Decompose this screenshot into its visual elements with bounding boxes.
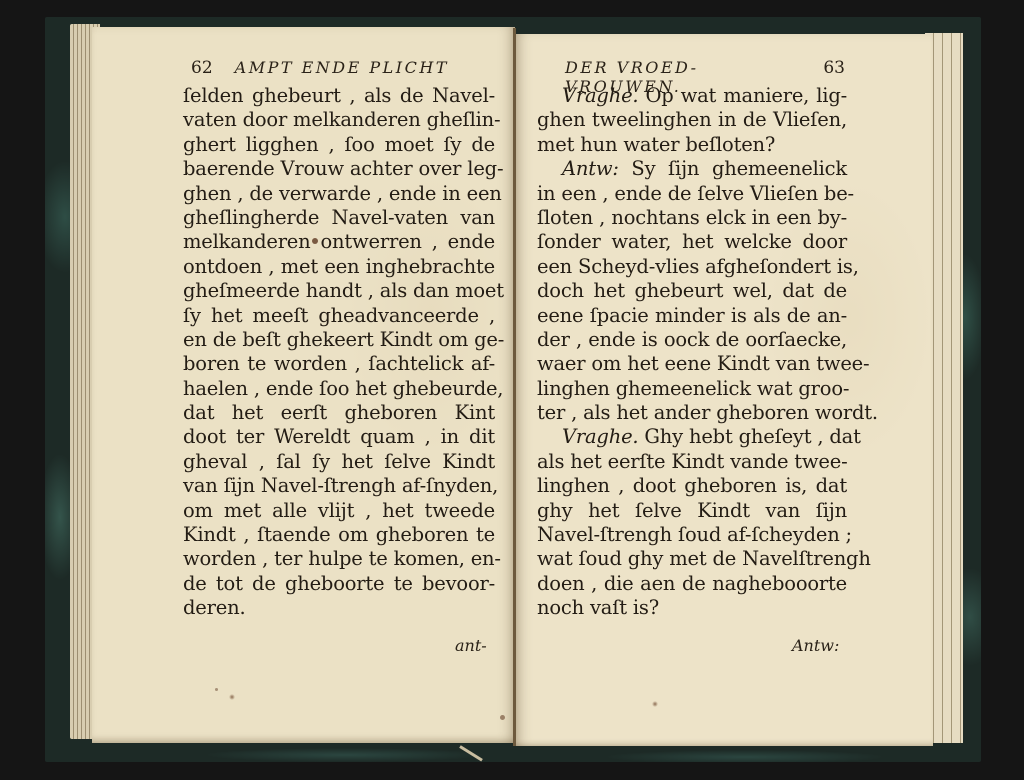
text-line: ſelden ghebeurt , als de Navel- [183,84,495,108]
text-line: een Scheyd-vlies afgheſondert is, [537,255,847,279]
text-line: doot ter Wereldt quam , in dit [183,425,495,449]
ink-stain [215,688,218,691]
book-gutter [513,28,516,746]
text-line: dat het eerſt gheboren Kint [183,401,495,425]
left-page-text: ſelden ghebeurt , als de Navel- vaten do… [183,84,495,621]
text-line: deren. [183,596,495,620]
left-page-number: 62 [191,58,213,78]
text-line: eene ſpacie minder is als de an- [537,304,847,328]
right-running-head: DER VROED-VROUWEN. 63 [565,58,845,82]
text-line: gheſlingherde Navel-vaten van [183,206,495,230]
text-line: Navel-ſtrengh ſoud af-ſcheyden ; [537,523,847,547]
text-line: melkanderen ontwerren , ende [183,230,495,254]
text-line: ſloten , nochtans elck in een by- [537,206,847,230]
text-line: ſy het meeſt gheadvanceerde , [183,304,495,328]
text-line: linghen ghemeenelick wat groo- [537,377,847,401]
text-line: ontdoen , met een inghebrachte [183,255,495,279]
text-line: ghen , de verwarde , ende in een [183,182,495,206]
text-line: baerende Vrouw achter over leg- [183,157,495,181]
text-fragment: Sy ſijn ghemeenelick [631,157,847,180]
text-line: linghen , doot gheboren is, dat [537,474,847,498]
question-line: Vraghe. Op wat maniere, lig- [537,84,847,108]
left-running-title: AMPT ENDE PLICHT [235,58,449,77]
text-line: de tot de gheboorte te bevoor- [183,572,495,596]
answer-label: Antw: [562,157,619,180]
text-line: ghy het ſelve Kindt van ſijn [537,499,847,523]
text-line: doch het ghebeurt wel, dat de [537,279,847,303]
text-line: haelen , ende ſoo het ghebeurde, [183,377,495,401]
ink-stain [500,715,505,720]
text-line: boren te worden , ſachtelick af- [183,352,495,376]
left-catchword: ant- [455,636,487,655]
text-line: als het eerſte Kindt vande twee- [537,450,847,474]
text-line: worden , ter hulpe te komen, en- [183,547,495,571]
question-label: Vraghe. [562,84,638,107]
text-fragment: Op wat maniere, lig- [646,84,848,107]
text-line: van ſijn Navel-ſtrengh af-ſnyden, [183,474,495,498]
text-line: gheſmeerde handt , als dan moet [183,279,495,303]
text-line: ghen tweelinghen in de Vlieſen, [537,108,847,132]
left-running-head: 62 AMPT ENDE PLICHT [191,58,481,82]
text-line: noch vaſt is? [537,596,847,620]
question-label: Vraghe. [562,425,638,448]
answer-line: Antw: Sy ſijn ghemeenelick [537,157,847,181]
text-line: ſonder water, het welcke door [537,230,847,254]
right-page-number: 63 [823,58,845,78]
text-line: waer om het eene Kindt van twee- [537,352,847,376]
text-line: om met alle vlijt , het tweede [183,499,495,523]
text-line: in een , ende de ſelve Vlieſen be- [537,182,847,206]
right-catchword: Antw: [792,636,839,655]
text-line: der , ende is oock de oorſaecke, [537,328,847,352]
text-line: met hun water beſloten? [537,133,847,157]
text-line: ter , als het ander gheboren wordt. [537,401,847,425]
right-page-text: Vraghe. Op wat maniere, lig- ghen tweeli… [537,84,847,621]
text-line: ghert ligghen , ſoo moet ſy de [183,133,495,157]
text-line: vaten door melkanderen gheſlin- [183,108,495,132]
text-fragment: Ghy hebt gheſeyt , dat [644,425,860,448]
question-line: Vraghe. Ghy hebt gheſeyt , dat [537,425,847,449]
text-line: Kindt , ſtaende om gheboren te [183,523,495,547]
text-line: wat ſoud ghy met de Navelſtrengh [537,547,847,571]
text-line: en de beſt ghekeert Kindt om ge- [183,328,495,352]
text-line: doen , die aen de naghebooorte [537,572,847,596]
text-line: gheval , ſal ſy het ſelve Kindt [183,450,495,474]
